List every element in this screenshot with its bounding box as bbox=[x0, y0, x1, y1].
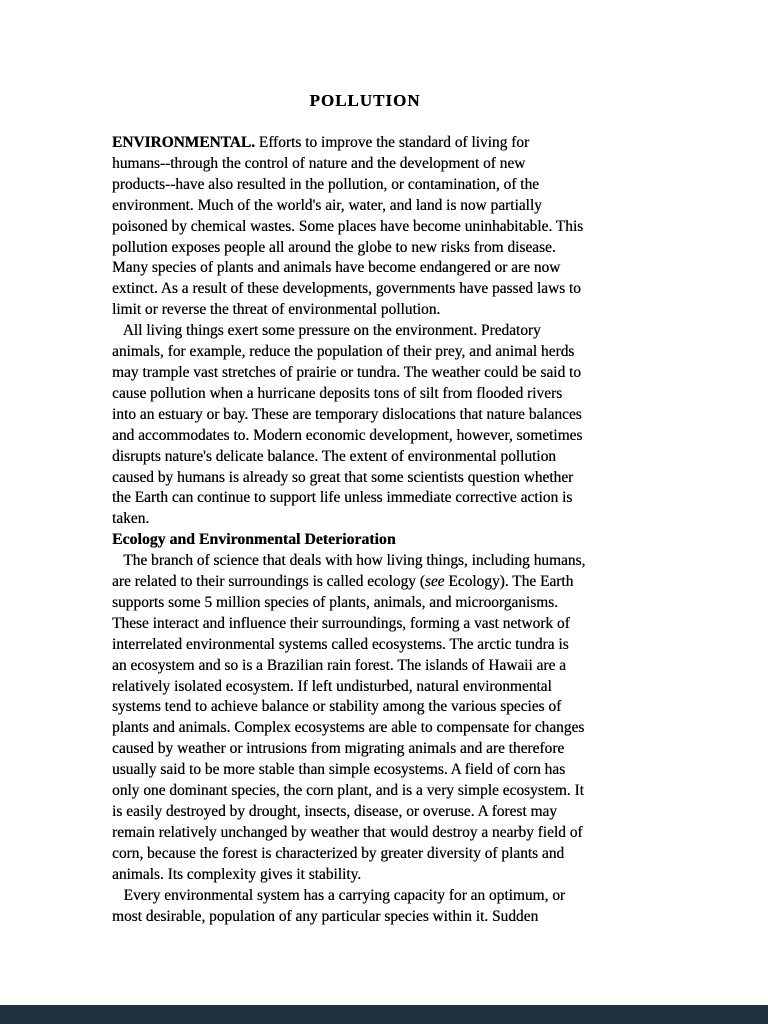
lead-bold-text: ENVIRONMENTAL. bbox=[112, 134, 255, 151]
document-page: POLLUTION ENVIRONMENTAL. Efforts to impr… bbox=[0, 0, 768, 1024]
paragraph-environmental-first-line: ENVIRONMENTAL. Efforts to improve the st… bbox=[112, 133, 618, 154]
paragraph-ecology-line-2: are related to their surroundings is cal… bbox=[112, 572, 618, 593]
ecology-line2-post-text: Ecology). The Earth bbox=[445, 573, 574, 590]
paragraph-carrying-capacity-lines: Every environmental system has a carryin… bbox=[112, 886, 618, 928]
section-heading: Ecology and Environmental Deterioration bbox=[112, 530, 618, 551]
paragraph-environmental-lines: humans--through the control of nature an… bbox=[112, 154, 618, 321]
first-line-rest-text: Efforts to improve the standard of livin… bbox=[255, 134, 529, 151]
paragraph-ecology: The branch of science that deals with ho… bbox=[112, 551, 618, 886]
paragraph-living-things-lines: All living things exert some pressure on… bbox=[112, 321, 618, 530]
paragraph-living-things: All living things exert some pressure on… bbox=[112, 321, 618, 530]
paragraph-ecology-line-1: The branch of science that deals with ho… bbox=[112, 551, 618, 572]
paragraph-environmental: ENVIRONMENTAL. Efforts to improve the st… bbox=[112, 133, 618, 321]
ecology-line2-pre-text: are related to their surroundings is cal… bbox=[112, 573, 425, 590]
document-content: POLLUTION ENVIRONMENTAL. Efforts to impr… bbox=[112, 90, 618, 927]
document-title: POLLUTION bbox=[112, 90, 618, 112]
viewer-footer-bar bbox=[0, 1005, 768, 1024]
paragraph-ecology-lines: supports some 5 million species of plant… bbox=[112, 593, 618, 886]
paragraph-carrying-capacity: Every environmental system has a carryin… bbox=[112, 886, 618, 928]
ecology-see-italic-text: see bbox=[425, 573, 445, 590]
